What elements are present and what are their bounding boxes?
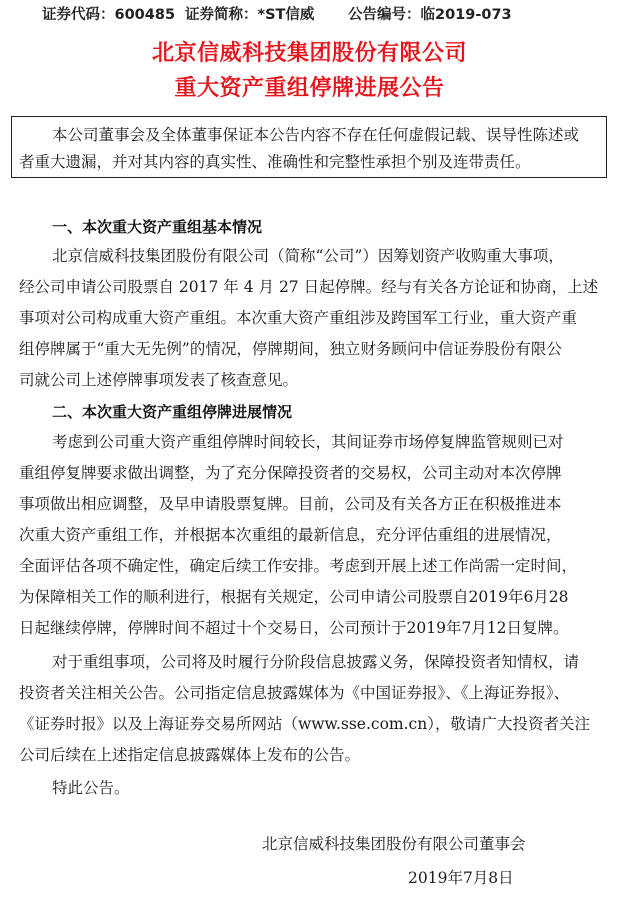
company-title: 北京信威科技集团股份有限公司	[0, 36, 619, 67]
disclaimer-line: 本公司董事会及全体董事保证本公告内容不存在任何虚假记载、误导性陈述或	[52, 123, 579, 145]
stock-code: 证券代码：600485	[42, 3, 175, 24]
paragraph-line: 对于重组事项，公司将及时履行分阶段信息披露义务，保障投资者知情权，请	[52, 650, 579, 672]
announcement-number: 公告编号：临2019-073	[348, 3, 512, 24]
paragraph-line: 日起继续停牌，停牌时间不超过十个交易日，公司预计于2019年7月12日复牌。	[19, 616, 569, 638]
announcement-subject: 重大资产重组停牌进展公告	[0, 71, 619, 102]
section-heading-progress: 二、本次重大资产重组停牌进展情况	[52, 401, 292, 422]
paragraph-line: 《证券时报》以及上海证券交易所网站（www.sse.com.cn），敬请广大投资…	[19, 712, 590, 734]
paragraph-line: 重组停复牌要求做出调整，为了充分保障投资者的交易权，公司主动对本次停牌	[19, 461, 562, 483]
paragraph-line: 事项做出相应调整，及早申请股票复牌。目前，公司及有关各方正在积极推进本	[19, 492, 562, 514]
section-heading-basic-info: 一、本次重大资产重组基本情况	[52, 216, 262, 237]
paragraph-line: 组停牌属于“重大无先例”的情况，停牌期间，独立财务顾问中信证券股份有限公	[19, 337, 562, 359]
paragraph-line: 北京信威科技集团股份有限公司（简称“公司”）因筹划资产收购重大事项，	[52, 244, 564, 266]
issuer-signature: 北京信威科技集团股份有限公司董事会	[262, 832, 526, 854]
paragraph-line: 为保障相关工作的顺利进行，根据有关规定，公司申请公司股票自2019年6月28	[19, 585, 569, 607]
paragraph-line: 经公司申请公司股票自 2017 年 4 月 27 日起停牌。经与有关各方论证和协…	[19, 275, 598, 297]
announcement-header: 证券代码：600485 证券简称：*ST信威 公告编号：临2019-073	[0, 3, 619, 23]
closing-line: 特此公告。	[52, 776, 130, 798]
paragraph-line: 全面评估各项不确定性，确定后续工作安排。考虑到开展上述工作尚需一定时间，	[19, 554, 577, 576]
paragraph-line: 事项对公司构成重大资产重组。本次重大资产重组涉及跨国军工行业，重大资产重	[19, 306, 577, 328]
paragraph-line: 投资者关注相关公告。公司指定信息披露媒体为《中国证券报》、《上海证券报》、	[19, 681, 569, 703]
disclaimer-box: 本公司董事会及全体董事保证本公告内容不存在任何虚假记载、误导性陈述或 者重大遗漏…	[11, 116, 607, 178]
paragraph-line: 考虑到公司重大资产重组停牌时间较长，其间证券市场停复牌监管规则已对	[52, 430, 564, 452]
paragraph-line: 次重大资产重组工作，并根据本次重组的最新信息，充分评估重组的进展情况，	[19, 523, 562, 545]
paragraph-line: 公司后续在上述指定信息披露媒体上发布的公告。	[19, 743, 360, 765]
announcement-date: 2019年7月8日	[408, 866, 514, 888]
stock-short-name: 证券简称：*ST信威	[185, 3, 314, 24]
disclaimer-line: 者重大遗漏，并对其内容的真实性、准确性和完整性承担个别及连带责任。	[19, 150, 531, 172]
paragraph-line: 司就公司上述停牌事项发表了核查意见。	[19, 368, 298, 390]
